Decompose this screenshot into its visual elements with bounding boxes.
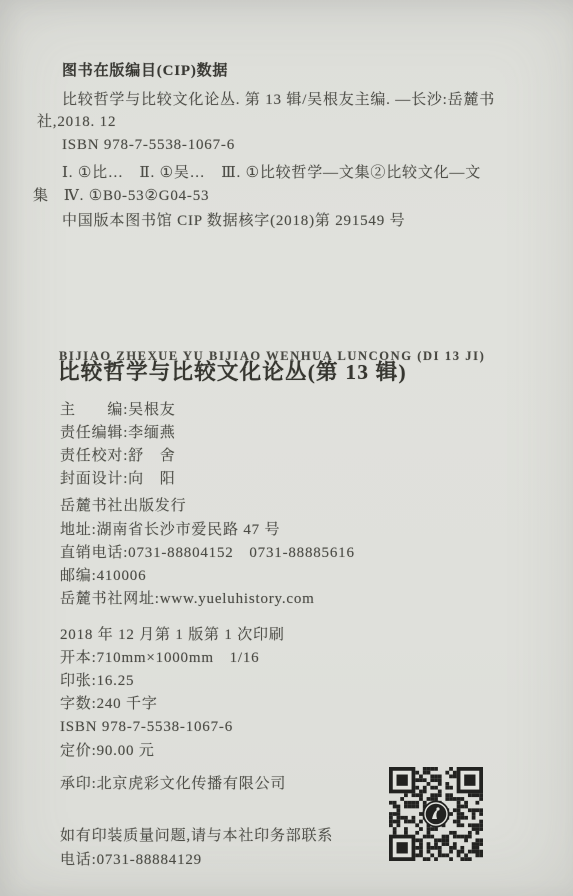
cip-record-number: 中国版本图书馆 CIP 数据核字(2018)第 291549 号: [62, 212, 405, 231]
print-isbn: ISBN 978-7-5538-1067-6: [60, 718, 233, 737]
credit-cover-designer: 封面设计:向 阳: [60, 470, 176, 489]
cip-class-codes: Ⅳ. ①B0-53②G04-53: [64, 187, 210, 206]
book-title: 比较哲学与比较文化论丛(第 13 辑): [58, 363, 407, 382]
print-format: 开本:710mm×1000mm 1/16: [60, 649, 259, 668]
quality-notice-phone: 电话:0731-88884129: [60, 851, 202, 870]
printer-company: 承印:北京虎彩文化传播有限公司: [60, 775, 286, 794]
cip-classification-line-1: Ⅰ. ①比… Ⅱ. ①吴… Ⅲ. ①比较哲学—文集②比较文化—文: [62, 164, 481, 183]
cip-isbn: ISBN 978-7-5538-1067-6: [62, 136, 235, 155]
quality-notice: 如有印装质量问题,请与本社印务部联系: [60, 827, 333, 846]
credit-responsible-editor: 责任编辑:李缅燕: [60, 424, 176, 443]
print-edition: 2018 年 12 月第 1 版第 1 次印刷: [60, 626, 285, 645]
cip-title-line-1: 比较哲学与比较文化论丛. 第 13 辑/吴根友主编. —长沙:岳麓书: [62, 91, 495, 110]
qr-code: [389, 767, 483, 865]
cip-header: 图书在版编目(CIP)数据: [62, 62, 228, 81]
publisher-postcode: 邮编:410006: [60, 567, 146, 586]
cip-classification-line-2: 集 Ⅳ. ①B0-53②G04-53: [33, 187, 209, 206]
copyright-page: 图书在版编目(CIP)数据 比较哲学与比较文化论丛. 第 13 辑/吴根友主编.…: [0, 0, 573, 896]
publisher-address: 地址:湖南省长沙市爱民路 47 号: [60, 521, 280, 540]
publisher-name: 岳麓书社出版发行: [60, 497, 186, 516]
credit-proofreader: 责任校对:舒 舍: [60, 447, 176, 466]
cip-wrap-char: 集: [33, 187, 49, 206]
credit-chief-editor: 主 编:吴根友: [60, 401, 176, 420]
cip-title-line-2: 社,2018. 12: [37, 113, 116, 132]
publisher-phone: 直销电话:0731-88804152 0731-88885616: [60, 544, 355, 563]
print-sheets: 印张:16.25: [60, 672, 134, 691]
print-price: 定价:90.00 元: [60, 742, 155, 761]
publisher-website: 岳麓书社网址:www.yueluhistory.com: [60, 590, 315, 609]
print-wordcount: 字数:240 千字: [60, 695, 158, 714]
